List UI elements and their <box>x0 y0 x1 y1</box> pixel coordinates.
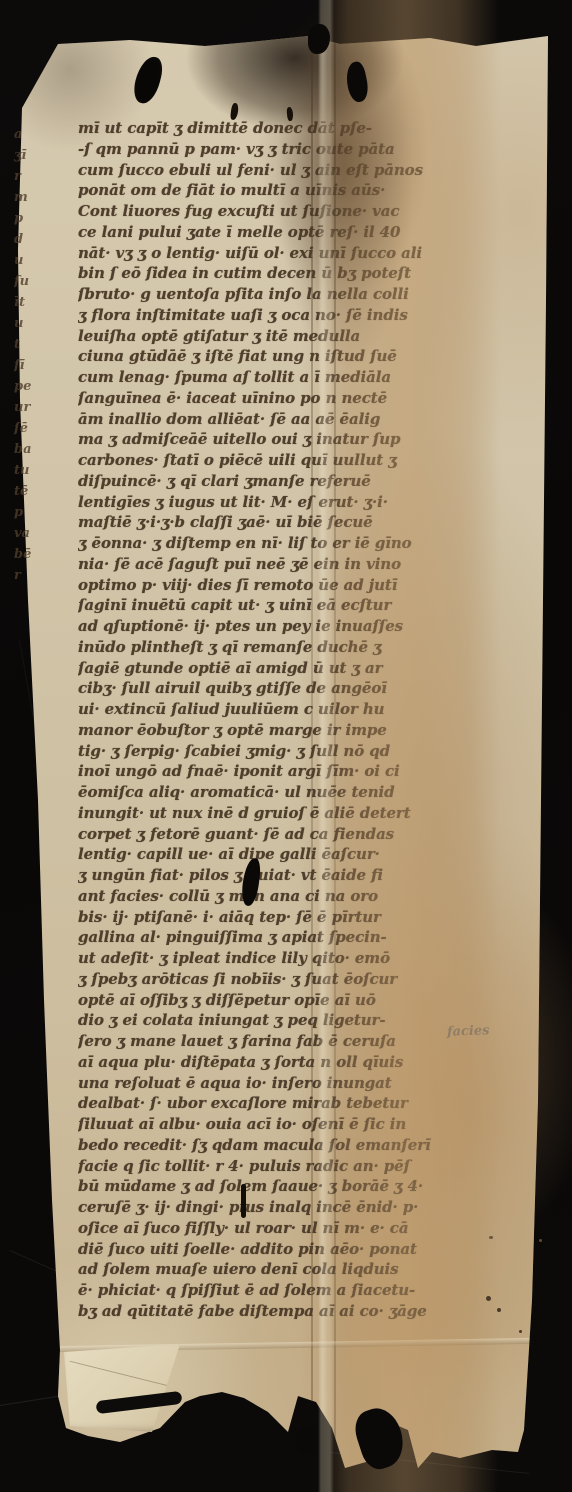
edge-fragment: d <box>14 232 34 253</box>
manuscript-line: ma ʒ admiſceāē uitello oui ʒ inatur ſup <box>78 430 458 451</box>
manuscript-line: gallina al· pinguiſſima ʒ apiat ſpecin- <box>78 928 458 949</box>
marginal-note: facies <box>447 1023 490 1039</box>
manuscript-line: ceruſē ʒ· ij· dingi· pius inalq incē ēni… <box>78 1198 458 1219</box>
text-column: mī ut capīt ʒ dimittē donec dāt pſe--ſ q… <box>78 119 458 1323</box>
manuscript-line: aī aqua plu· diſtēpata ʒ ſorta n oll qīu… <box>78 1053 458 1074</box>
manuscript-line: bū mūdame ʒ ad ſolem ſaaue· ʒ borāē ʒ 4· <box>78 1177 458 1198</box>
manuscript-line: -ſ qm pannū p pam· vʒ ʒ tric oute pāta <box>78 140 458 161</box>
hole-bottom-small <box>296 1426 314 1454</box>
manuscript-line: mī ut capīt ʒ dimittē donec dāt pſe- <box>78 119 458 140</box>
manuscript-line: ʒ ēonna· ʒ diſtemp en nī· liſ to er iē g… <box>78 534 458 555</box>
edge-fragment: va <box>14 526 34 547</box>
edge-fragment: ſu <box>14 274 34 295</box>
manuscript-line: ad ſolem muaſe uiero denī cola liqduis <box>78 1260 458 1281</box>
manuscript-line: cibʒ· ſull airuil quibʒ gtiſſe de angēoī <box>78 679 458 700</box>
manuscript-line: dealbat· ſ· ubor excaſlore mirab tebetur <box>78 1094 458 1115</box>
horizontal-crease <box>60 1338 530 1352</box>
edge-fragment: īt <box>14 295 34 316</box>
manuscript-line: inoī ungō ad fnaē· iponit argī ſīm· oi c… <box>78 762 458 783</box>
manuscript-line: ē· phiciat· q ſpiſſiut ē ad ſolem a ſiac… <box>78 1281 458 1302</box>
manuscript-line: ut adeſit· ʒ ipleat indice lily qito· em… <box>78 949 458 970</box>
manuscript-line: cum ſucco ebuli ul feni· ul ʒ ain eſt pā… <box>78 161 458 182</box>
manuscript-line: Cont liuores fug excuſti ut ſuſione· vac <box>78 202 458 223</box>
manuscript-line: ciuna gtūdāē ʒ iſtē fiat ung n iſtud ſuē <box>78 347 458 368</box>
manuscript-line: ſiluuat aī albu· ouia acī io· oſenī ē ſi… <box>78 1115 458 1136</box>
manuscript-line: bedo recedit· ſʒ qdam macula ſol emanſer… <box>78 1136 458 1157</box>
edge-fragment: ſī <box>14 358 34 379</box>
manuscript-line: ēomiſca aliq· aromaticā· ul nuēe tenid <box>78 783 458 804</box>
manuscript-line: facie q ſic tollit· r 4· puluis radic an… <box>78 1157 458 1178</box>
manuscript-line: leuiſha optē gtiſatur ʒ itē medulla <box>78 327 458 348</box>
manuscript-line: diē ſuco uiti ſoelle· addito pin aēo· po… <box>78 1240 458 1261</box>
manuscript-line: ʒ flora inſtimitate uaſi ʒ oca no· ſē in… <box>78 306 458 327</box>
edge-fragment: bē <box>14 547 34 568</box>
manuscript-line: ʒ ſpebʒ arōticas ſi nobīis· ʒ ſuat ēoſcu… <box>78 970 458 991</box>
manuscript-line: cum lenag· ſpuma aſ tollit a ī mediāla <box>78 368 458 389</box>
manuscript-line: inungit· ut nux inē d gruioſ ē aliē dete… <box>78 804 458 825</box>
manuscript-line: optimo p· viij· dies ſī remoto ūe ad jut… <box>78 576 458 597</box>
manuscript-line: una reſoluat ē aqua io· inſero inungat <box>78 1074 458 1095</box>
manuscript-line: ui· extincū ſaliud juuliūem c uilor hu <box>78 700 458 721</box>
manuscript-line: corpet ʒ fetorē guant· ſē ad ca fiendas <box>78 825 458 846</box>
edge-fragment: r <box>14 169 34 190</box>
manuscript-line: lentig· capill ue· aī dipe galli ēaſcur· <box>78 845 458 866</box>
edge-fragment: u <box>14 253 34 274</box>
manuscript-line: inūdo plintheſt ʒ qī remanſe duchē ʒ <box>78 638 458 659</box>
manuscript-line: carbones· ſtatī o piēcē uili quī uullut … <box>78 451 458 472</box>
edge-fragment: p <box>14 505 34 526</box>
manuscript-line: ſero ʒ mane lauet ʒ farina fab ē ceruſa <box>78 1032 458 1053</box>
manuscript-line: ſbruto· g uentoſa pſita inſo la nella co… <box>78 285 458 306</box>
manuscript-line: ad qſuptionē· ij· ptes un pey ie inuaſſe… <box>78 617 458 638</box>
manuscript-line: nāt· vʒ ʒ o lentig· uiſū ol· exi unī ſuc… <box>78 244 458 265</box>
left-edge-fragments: aʒīrmpduſuītutſīpeurſēbatutēpvabēr <box>14 127 34 589</box>
edge-fragment: ʒī <box>14 148 34 169</box>
manuscript-line: ant facies· collū ʒ man ana ci na oro <box>78 887 458 908</box>
edge-fragment: a <box>14 127 34 148</box>
edge-fragment: r <box>14 568 34 589</box>
edge-fragment: u <box>14 316 34 337</box>
manuscript-line: dio ʒ ei colata iniungat ʒ peq ligetur- <box>78 1011 458 1032</box>
manuscript-line: diſpuincē· ʒ qī clari ʒmanſe referuē <box>78 472 458 493</box>
manuscript-line: oſice aī ſuco fiſſly· ul roar· ul nī m· … <box>78 1219 458 1240</box>
edge-fragment: ba <box>14 442 34 463</box>
photo-background: aʒīrmpduſuītutſīpeurſēbatutēpvabēr mī ut… <box>0 0 572 1492</box>
edge-fragment: m <box>14 190 34 211</box>
manuscript-line: ām inallio dom alliēat· ſē aa aē ēalig <box>78 410 458 431</box>
manuscript-line: lentigīes ʒ iugus ut lit· M· eſ erut· ʒ·… <box>78 493 458 514</box>
manuscript-line: bin ſ eō ſidea in cutim decen ū bʒ poteſ… <box>78 264 458 285</box>
edge-fragment: tē <box>14 484 34 505</box>
manuscript-line: bis· ij· ptiſanē· i· aiāq tep· ſē ē pīrt… <box>78 908 458 929</box>
edge-fragment: t <box>14 337 34 358</box>
edge-fragment: tu <box>14 463 34 484</box>
manuscript-line: bʒ ad qūtitatē fabe diſtempa aī ai co· ʒ… <box>78 1302 458 1323</box>
edge-fragment: pe <box>14 379 34 400</box>
manuscript-line: tig· ʒ ſerpig· ſcabiei ʒmig· ʒ ſull nō q… <box>78 742 458 763</box>
manuscript-line: ʒ ungūn fiat· pilos ʒ guiat· vt ēaide fi <box>78 866 458 887</box>
manuscript-line: ſagiē gtunde optiē aī amigd ū ut ʒ ar <box>78 659 458 680</box>
manuscript-line: ponāt om de fiāt io multī a uīnis aūs· <box>78 181 458 202</box>
edge-fragment: ur <box>14 400 34 421</box>
manuscript-line: nia· ſē acē ſaguſt puī neē ʒē ein in vin… <box>78 555 458 576</box>
manuscript-line: ce lani pului ʒate ī melle optē reſ· il … <box>78 223 458 244</box>
manuscript-line: maſtiē ʒ·i·ʒ·b claſſi ʒaē· uī biē ſecuē <box>78 513 458 534</box>
manuscript-line: manor ēobuſtor ʒ optē marge ir impe <box>78 721 458 742</box>
pen-speck <box>539 1239 542 1242</box>
edge-fragment: p <box>14 211 34 232</box>
edge-fragment: ſē <box>14 421 34 442</box>
manuscript-line: optē aī oſſibʒ ʒ diſſēpetur opīe aī uō <box>78 991 458 1012</box>
manuscript-line: ſaginī inuētū capit ut· ʒ uinī eā ecſtur <box>78 596 458 617</box>
manuscript-line: ſanguīnea ē· iaceat uīnino po n nectē <box>78 389 458 410</box>
